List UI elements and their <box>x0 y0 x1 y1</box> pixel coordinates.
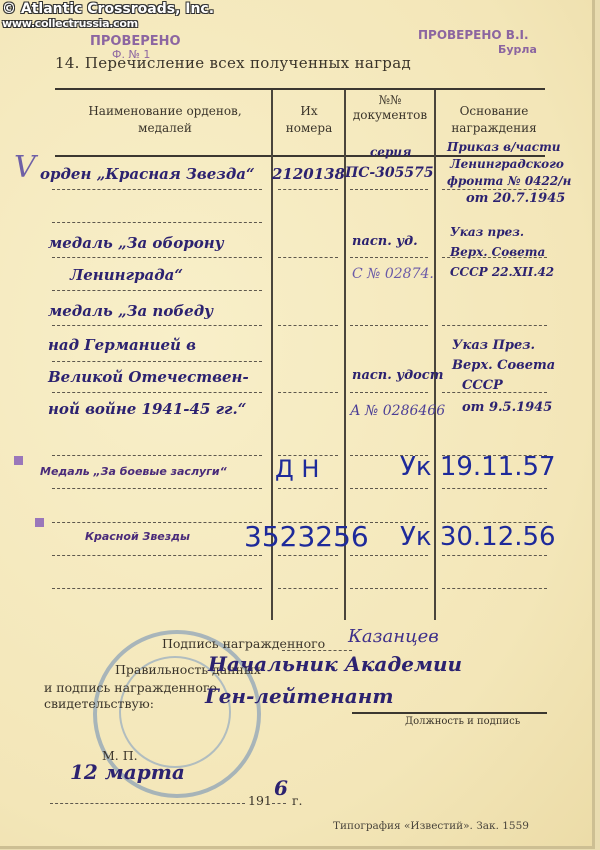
award-number: 2120138 <box>272 165 345 183</box>
row-line <box>278 189 338 190</box>
year-digit-handwritten: 6 <box>274 776 288 800</box>
doc-label: серия <box>370 145 412 159</box>
stamp-mark-icon <box>35 518 44 527</box>
year-suffix: г. <box>292 793 303 808</box>
header-basis: Основание награждения <box>440 103 548 137</box>
row-line <box>52 325 262 326</box>
basis-line: СССР <box>462 378 503 393</box>
award-name-line: медаль „За оборону <box>48 234 224 252</box>
row-line <box>52 290 262 291</box>
row-line <box>350 257 428 258</box>
row-line <box>278 325 338 326</box>
award-name-line: ной войне 1941-45 гг.“ <box>48 400 246 418</box>
row-line <box>278 555 338 556</box>
correctness-label: свидетельствую: <box>44 696 154 711</box>
basis-line: от 20.7.1945 <box>466 191 565 206</box>
header-award-name: Наименование орденов, медалей <box>60 103 270 137</box>
row-line <box>442 555 547 556</box>
award-number: 3523256 <box>244 520 369 553</box>
doc-label: пасп. удост <box>352 368 443 383</box>
correctness-label: и подпись награжденного <box>44 680 217 695</box>
recipient-signature: Казанцев <box>348 626 439 647</box>
row-line <box>442 189 547 190</box>
award-number: Д Н <box>275 455 319 483</box>
basis-decree: Ук 30.12.56 <box>400 522 556 552</box>
award-name-order-red-star: орден „Красная Звезда“ <box>40 165 255 183</box>
row-line <box>350 488 428 489</box>
row-line <box>442 588 547 589</box>
printer-imprint: Типография «Известий». Зак. 1559 <box>333 820 529 832</box>
basis-line: Приказ в/части <box>447 140 561 154</box>
basis-line: Указ През. <box>452 338 535 353</box>
table-top-rule <box>55 88 545 90</box>
date-line <box>50 803 245 804</box>
award-name-combat-merit: Медаль „За боевые заслуги“ <box>40 465 227 478</box>
section-title: 14. Перечисление всех полученных наград <box>55 54 411 72</box>
year-line <box>272 803 286 804</box>
row-line <box>278 392 338 393</box>
row-line <box>350 189 428 190</box>
header-numbers: Их номера <box>278 103 340 137</box>
signer-rank: Ген-лейтенант <box>205 684 394 708</box>
row-line <box>52 522 262 523</box>
row-line <box>52 222 262 223</box>
row-line <box>52 189 262 190</box>
row-line <box>442 488 547 489</box>
award-name-line: над Германией в <box>48 336 196 354</box>
doc-label: пасп. уд. <box>352 234 418 249</box>
checkmark-icon: V <box>14 150 36 185</box>
watermark-copyright: © Atlantic Crossroads, Inc. <box>2 1 214 17</box>
row-line <box>52 555 262 556</box>
row-line <box>52 488 262 489</box>
basis-line: фронта № 0422/н <box>447 174 571 188</box>
row-line <box>350 555 428 556</box>
row-line <box>350 588 428 589</box>
basis-line: Указ през. <box>450 225 524 239</box>
verified-stamp-right-sub: Бурла <box>498 43 537 56</box>
position-label: Должность и подпись <box>405 716 520 727</box>
row-line <box>52 392 262 393</box>
doc-number: А № 0286466 <box>350 403 445 419</box>
row-line <box>442 325 547 326</box>
award-name-red-star: Красной Звезды <box>85 530 190 543</box>
date-handwritten: 12 марта <box>70 760 185 784</box>
year-prefix: 191 <box>248 793 272 808</box>
position-signature-line <box>352 712 547 714</box>
row-line <box>278 488 338 489</box>
basis-decree: Ук 19.11.57 <box>400 452 556 482</box>
stamp-mark-icon <box>14 456 23 465</box>
row-line <box>52 257 262 258</box>
row-line <box>52 588 262 589</box>
basis-line: Верх. Совета <box>452 358 555 373</box>
row-line <box>278 588 338 589</box>
row-line <box>350 325 428 326</box>
basis-line: Ленинградского <box>450 157 564 171</box>
recipient-signature-label: Подпись награжденного <box>162 636 325 651</box>
row-line <box>278 257 338 258</box>
row-line <box>52 361 262 362</box>
basis-line: от 9.5.1945 <box>462 400 552 415</box>
basis-line: Верх. Совета <box>450 245 545 259</box>
award-name-line: Великой Отечествен- <box>48 368 249 386</box>
award-name-line: Ленинграда“ <box>70 266 183 284</box>
verified-stamp-right: ПРОВЕРЕНО В.І. <box>418 28 529 42</box>
header-documents: №№ документов <box>348 93 432 123</box>
doc-number: С № 02874. <box>352 266 434 282</box>
watermark-url: www.collectrussia.com <box>2 17 138 30</box>
verified-stamp-left: ПРОВЕРЕНО <box>90 34 181 49</box>
doc-number: ПС-305575 <box>345 165 434 181</box>
row-line <box>350 392 428 393</box>
signer-title: Начальник Академии <box>208 652 462 676</box>
row-line <box>52 455 262 456</box>
award-name-line: медаль „За победу <box>48 302 213 320</box>
signature-line <box>282 650 352 651</box>
basis-line: СССР 22.XII.42 <box>450 265 554 279</box>
award-document-page: © Atlantic Crossroads, Inc. www.collectr… <box>0 0 595 849</box>
